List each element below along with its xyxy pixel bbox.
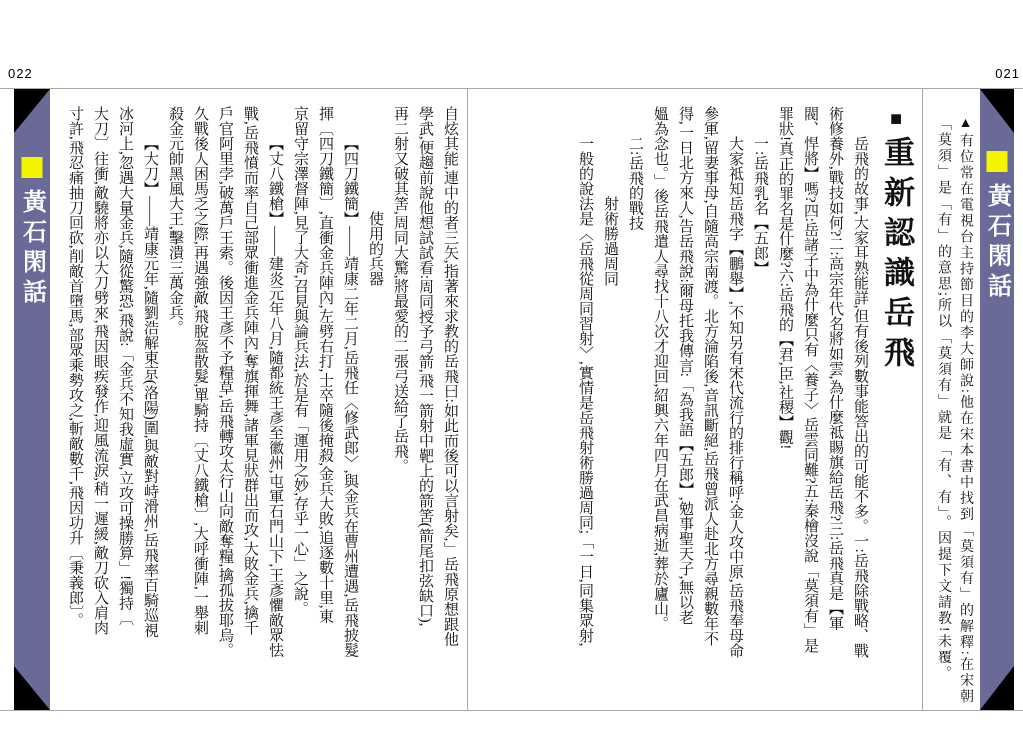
text-column: 京留守宗澤督陣,見了大奇,召見與論兵法,於是有「運用之妙,存乎一心」之說。	[287, 106, 312, 708]
text-column: 自炫其能,連中的者三矢,指著來求教的岳飛曰:如此而後可以言射矣,」岳飛原想跟他	[437, 106, 462, 708]
text-column: 再二射又破其筈,周同大驚,將最愛的二張弓送給了岳飛。	[387, 106, 412, 708]
text-column: 參軍,留妻事母,自隨高宗南渡。北方淪陷後,音訊斷絕,岳飛曾派人赴北方尋親數年不	[697, 106, 722, 708]
text-column: 【大刀】——靖康元年,隨劉浩解東京(洛陽)圍,與敵對峙滑州,岳飛率百騎巡視	[137, 106, 162, 708]
text-column: 【四刀鐵簡】——靖康二年二月,岳飛任〈修武郎〉,與金兵在曹州遭遇,岳飛披髮	[337, 106, 362, 708]
accent-square	[22, 157, 43, 178]
page-number-left: 022	[8, 66, 33, 81]
text-column: 一般的說法是〈岳飛從周同習射〉,實情是岳飛射術勝過周同;「一日,同集眾射,	[572, 106, 597, 708]
text-column: 揮〔四刀鐵簡〕,直衝金兵陣內,左劈右打,士卒隨後掩殺,金兵大敗,追逐數十里,東	[312, 106, 337, 708]
text-column: 冰河上,忽遇大量金兵,隨從驚恐,飛說:「金兵不知我虛實,立攻可操勝算」!獨持〔	[112, 106, 137, 708]
left-page-inner-rule	[467, 89, 468, 710]
text-column: 媼為念也。」後岳飛遣人尋找十八次才迎回,紹興六年四月在武昌病逝,葬於廬山。	[647, 106, 672, 708]
text-column: 學武,便趨前說他想試試看:周同授予弓箭,飛一箭射中靶上的箭筈(箭尾扣弦缺口),	[412, 106, 437, 708]
chapter-heading-text: 重新認識岳飛	[879, 136, 914, 376]
chapter-heading: ■重新認識岳飛	[872, 106, 920, 708]
text-column: 術修養外,戰技如何?二:高宗年代名將如雲,為什麼祗賜旗給岳飛?三:岳飛真是【軍	[822, 106, 847, 708]
text-column: 閥、悍將】嗎?四:岳諸子中為什麼只有〈養子〉岳雲同難?五:秦檜沒說「莫須有」是	[797, 106, 822, 708]
spine-band-right: 黃石閑話	[980, 89, 1014, 710]
margin-note-column: ▲有位常在電視台主持節目的李大師說:他在宋本書中找到「莫須有」的解釋:在宋朝	[954, 116, 976, 708]
bottom-rule	[0, 710, 1023, 711]
page-number-right: 021	[982, 66, 1020, 81]
right-page-margin-rule	[922, 89, 923, 710]
margin-note: ▲有位常在電視台主持節目的李大師說:他在宋本書中找到「莫須有」的解釋:在宋朝 「…	[930, 116, 976, 708]
text-column: 殺金元帥黑風大王,擊潰三萬金兵。	[162, 106, 187, 708]
accent-square	[987, 151, 1008, 172]
book-title: 黃石閑話	[980, 183, 1015, 303]
spine-band-left: 黃石閑話	[14, 89, 50, 710]
book-title: 黃石閑話	[15, 189, 50, 309]
heading-square-bullet-icon: ■	[872, 108, 920, 130]
text-column: 久戰後人困馬乏之際,再遇強敵,飛脫盔散髮,單騎持〔丈八鐵槍〕,大呼衝陣,一舉刺	[187, 106, 212, 708]
section-heading-column: 二:岳飛的戰技	[622, 106, 647, 708]
top-rule	[0, 88, 1023, 89]
text-column: 戰,岳飛憤而率自己部眾衝進金兵陣內,奪旗揮舞,諸軍見狀群出而攻,大敗金兵,擒千	[237, 106, 262, 708]
margin-note-column: 「莫須」是「有」的意思;所以「莫須有」就是「有、有」。因提下文請教!未覆。	[932, 116, 954, 708]
text-column: 罪狀!真正的罪名是什麼?六:岳飛的【君,臣,社稷】觀!	[772, 106, 797, 708]
text-column: 得,一日北方來人,告岳飛說:爾母托我傳言:「為我語【五郎】,勉事聖天子,無以老	[672, 106, 697, 708]
text-column: 大家祗知岳飛字【鵬舉】,不知另有宋代流行的排行稱呼:金人攻中原,岳飛奉母命	[722, 106, 747, 708]
text-column: 寸許,飛忍痛抽刀回砍,削敵首墮馬,部眾乘勢攻之,斬敵數千,飛因功升〔秉義郎〕。	[62, 106, 87, 708]
subsection-heading-column: 使用的兵器	[362, 106, 387, 708]
subsection-heading-column: 射術勝過周同	[597, 106, 622, 708]
text-column: 【丈八鐵槍】——建炎元年八月,隨都統王彥至徽州,屯軍石門山下,王彥懼敵眾怯	[262, 106, 287, 708]
section-heading-column: 一:岳飛乳名【五郎】	[747, 106, 772, 708]
spine-band-fill	[14, 89, 50, 710]
page-left-body: 自炫其能,連中的者三矢,指著來求教的岳飛曰:如此而後可以言射矣,」岳飛原想跟他 …	[58, 106, 462, 708]
text-column: 戶官阿里孛,破萬戶王索。後因王彥不予糧草,岳飛轉攻太行山向敵奪糧,擒孤拔耶烏。	[212, 106, 237, 708]
text-column: 岳飛的故事,大家耳熟能詳,但有後列數事能答出的可能不多。一:岳飛除戰略、戰	[847, 106, 872, 708]
text-column: 大刀〕往衝,敵驍將亦以大刀劈來,飛因眼疾發作,迎風流淚,稍一遲緩,敵刀砍入肩肉	[87, 106, 112, 708]
page-right-body: ■重新認識岳飛 岳飛的故事,大家耳熟能詳,但有後列數事能答出的可能不多。一:岳飛…	[570, 106, 920, 708]
